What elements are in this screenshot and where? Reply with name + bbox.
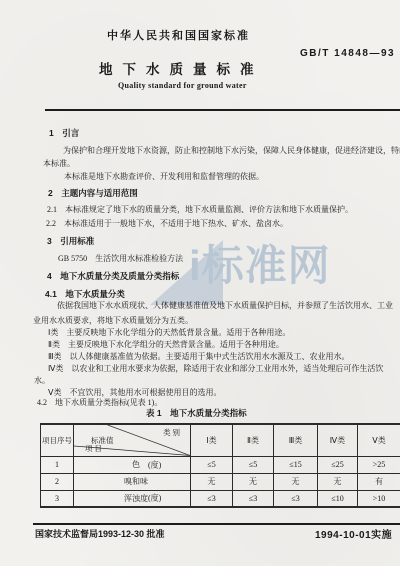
section-1-paragraph-line: 为保护和合理开发地下水资源，防止和控制地下水污染，保障人民身体健康，促进经济建设… xyxy=(63,146,400,156)
document-title-english: Quality standard for ground water xyxy=(118,81,247,90)
clause-4-1-heading: 4.1 地下水质量分类 xyxy=(45,289,125,299)
item-cell: 浑浊度 (度) xyxy=(74,490,191,507)
clause-4-2: 4.2 地下水质量分类指标(见表 1)。 xyxy=(37,398,162,408)
footer-divider xyxy=(33,523,400,525)
approval-note: 国家技术监督局1993-12-30 批准 xyxy=(35,527,165,540)
document-title: 地下水质量标准 xyxy=(99,58,264,78)
class-4-definition-line: Ⅳ类 以农业和工业用水要求为依据，除适用于农业和部分工业用水外，适当处理后可作生… xyxy=(48,364,383,374)
value-cell: ≤10 xyxy=(318,490,358,507)
col-header-class-3: Ⅲ类 xyxy=(274,424,318,456)
referenced-standard: GB 5750 生活饮用水标准检验方法 xyxy=(58,254,183,264)
table-row: 2 嗅和味 无 无 无 无 有 xyxy=(41,473,400,490)
value-cell: ≤15 xyxy=(274,456,318,473)
value-cell: 有 xyxy=(358,473,400,490)
value-cell: 无 xyxy=(233,473,274,490)
col-header-class-5: Ⅴ类 xyxy=(358,424,400,456)
clause-2-1: 2.1 本标准规定了地下水的质量分类，地下水质量监测、评价方法和地下水质量保护。 xyxy=(47,205,353,215)
class-2-definition: Ⅱ类 主要反映地下水化学组分的天然背景含量。适用于各种用途。 xyxy=(48,340,284,350)
diagonal-header-cell: 类 别 标准值 项 目 xyxy=(74,424,191,456)
section-3-heading: 3 引用标准 xyxy=(47,236,94,246)
section-2-heading: 2 主题内容与适用范围 xyxy=(48,188,138,198)
value-cell: 无 xyxy=(318,473,358,490)
watermark-text: i标准网 xyxy=(189,243,331,289)
table-row: 3 浑浊度 (度) ≤3 ≤3 ≤3 ≤10 >10 xyxy=(41,490,400,507)
item-cell: 色 (度) xyxy=(74,456,191,473)
class-5-definition: Ⅴ类 不宜饮用，其他用水可根据使用目的选用。 xyxy=(48,388,221,398)
value-cell: >25 xyxy=(358,456,400,473)
document-page: i标准网 中华人民共和国国家标准 GB/T 14848—93 地下水质量标准 Q… xyxy=(0,0,400,566)
class-1-definition: Ⅰ类 主要反映地下水化学组分的天然低背景含量。适用于各种用途。 xyxy=(48,328,290,338)
effective-date: 1994-10-01实施 xyxy=(315,526,392,541)
value-cell: ≤3 xyxy=(274,490,318,507)
clause-2-2: 2.2 本标准适用于一般地下水，不适用于地下热水、矿水、盐卤水。 xyxy=(46,219,288,229)
item-name: 嗅和味 xyxy=(116,477,148,486)
quality-classification-table: 项目序号 类 别 标准值 项 目 Ⅰ类 Ⅱ类 Ⅲ类 Ⅳ类 Ⅴ类 1 xyxy=(40,423,400,508)
standard-org-title: 中华人民共和国国家标准 xyxy=(107,27,250,43)
value-cell: >10 xyxy=(358,490,400,507)
class-4-definition-line: 水。 xyxy=(34,376,50,386)
col-header-item-no: 项目序号 xyxy=(41,424,74,456)
clause-4-1-paragraph-line: 业用水水质要求，将地下水质量划分为五类。 xyxy=(33,316,193,326)
table-header-row: 项目序号 类 别 标准值 项 目 Ⅰ类 Ⅱ类 Ⅲ类 Ⅳ类 Ⅴ类 xyxy=(41,424,400,456)
value-cell: ≤25 xyxy=(318,456,358,473)
item-no: 2 xyxy=(41,473,74,490)
item-cell: 嗅和味 xyxy=(74,473,191,490)
item-unit: (度) xyxy=(148,459,161,470)
table-row: 1 色 (度) ≤5 ≤5 ≤15 ≤25 >25 xyxy=(41,456,400,473)
corner-label-class: 类 别 xyxy=(163,427,180,438)
header-divider xyxy=(45,109,400,111)
corner-label-item: 项 目 xyxy=(85,443,102,454)
value-cell: ≤5 xyxy=(191,456,233,473)
item-unit: (度) xyxy=(148,493,161,504)
section-4-heading: 4 地下水质量分类及质量分类指标 xyxy=(47,271,179,281)
standard-code: GB/T 14848—93 xyxy=(300,48,395,59)
item-name: 色 xyxy=(124,460,140,469)
value-cell: 无 xyxy=(274,473,318,490)
section-1-paragraph-line: 本标准是地下水勘查评价、开发利用和监督管理的依据。 xyxy=(64,172,264,182)
item-name: 浑浊度 xyxy=(116,494,148,503)
value-cell: ≤5 xyxy=(233,456,274,473)
section-1-paragraph-line: 本标准。 xyxy=(43,159,75,169)
section-1-heading: 1 引言 xyxy=(49,128,79,138)
clause-4-1-paragraph-line: 依据我国地下水水质现状、人体健康基准值及地下水质量保护目标，并参照了生活饮用水、… xyxy=(57,301,393,311)
table-title: 表 1 地下水质量分类指标 xyxy=(146,408,247,418)
item-no: 1 xyxy=(41,456,74,473)
item-no: 3 xyxy=(41,490,74,507)
class-3-definition: Ⅲ类 以人体健康基准值为依据。主要适用于集中式生活饮用水水源及工、农业用水。 xyxy=(48,352,350,362)
col-header-class-4: Ⅳ类 xyxy=(318,424,358,456)
value-cell: 无 xyxy=(191,473,233,490)
value-cell: ≤3 xyxy=(191,490,233,507)
col-header-class-2: Ⅱ类 xyxy=(233,424,274,456)
value-cell: ≤3 xyxy=(233,490,274,507)
col-header-class-1: Ⅰ类 xyxy=(191,424,233,456)
